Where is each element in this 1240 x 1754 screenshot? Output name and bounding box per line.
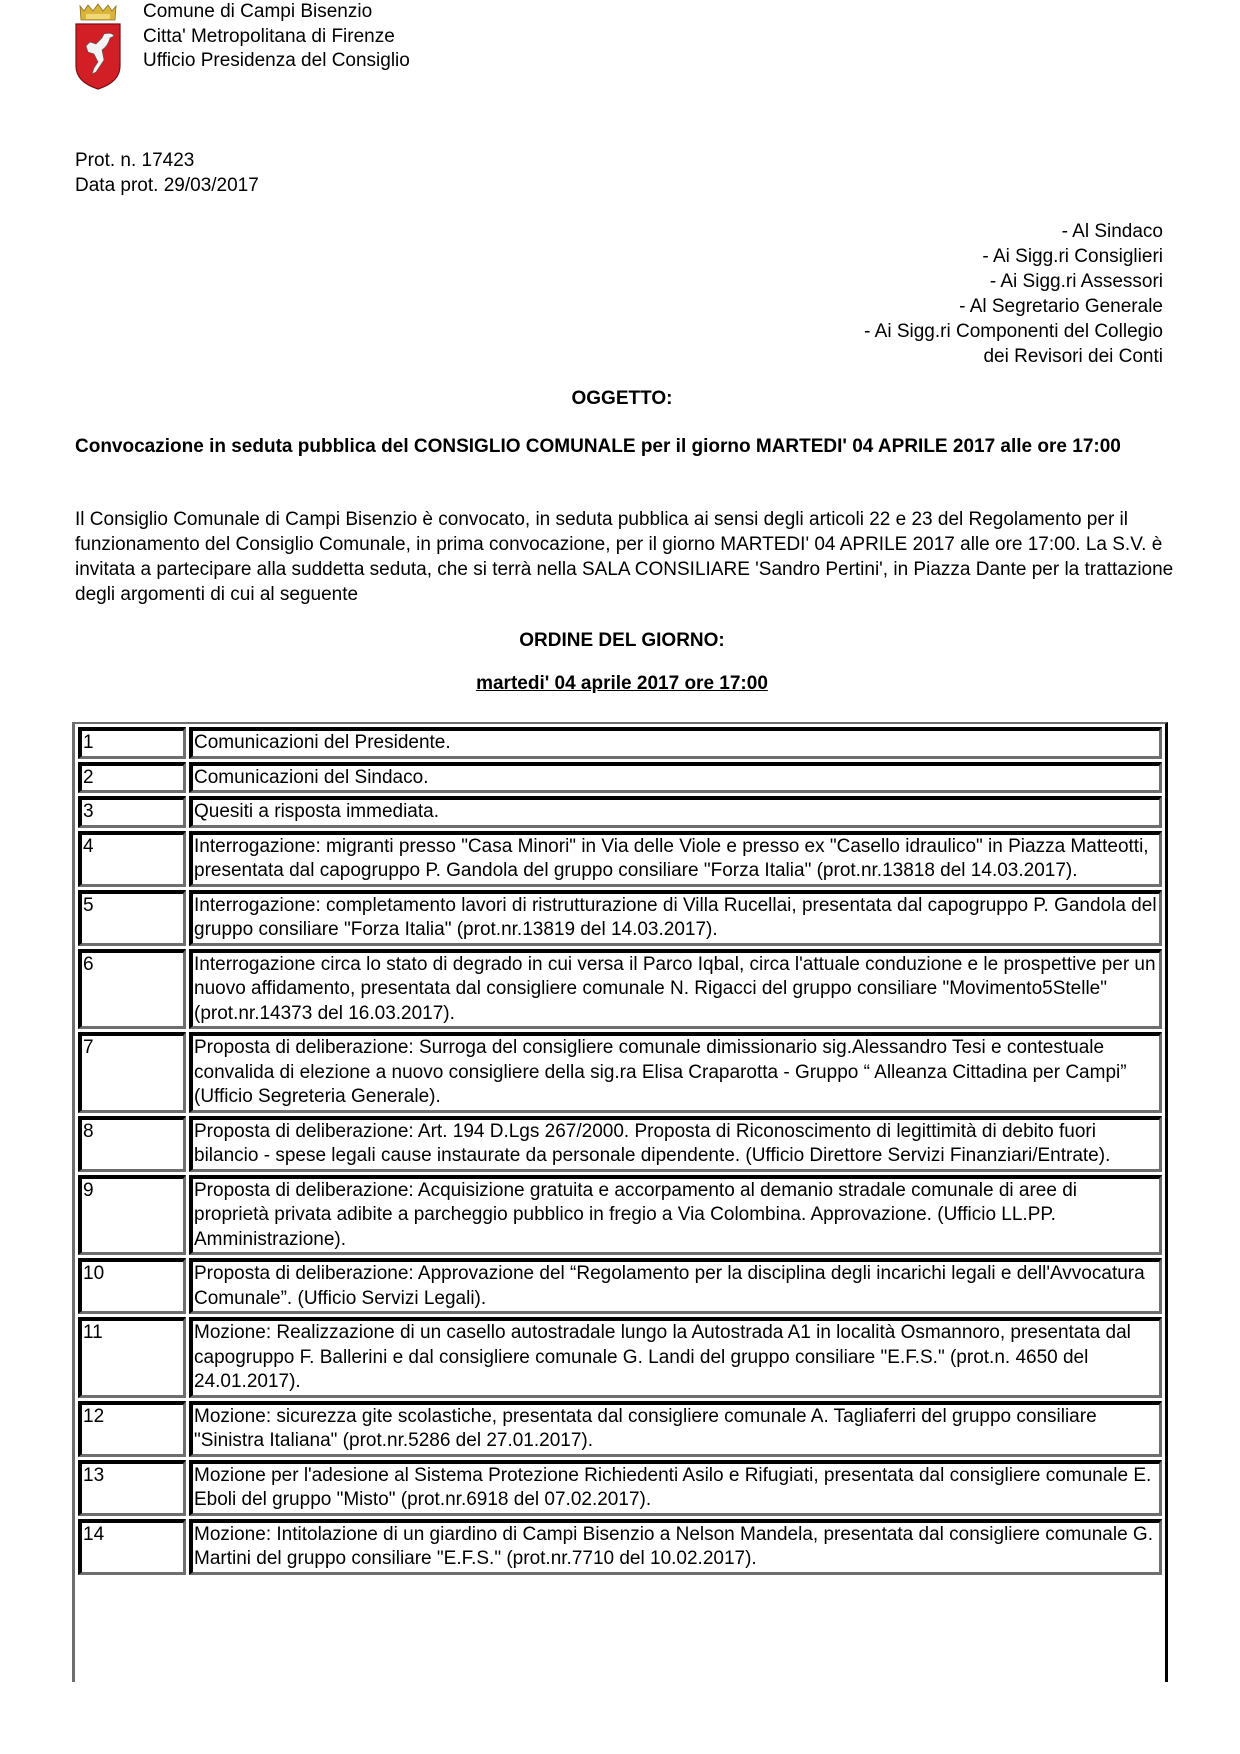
agenda-item-number: 4	[78, 831, 186, 887]
agenda-date: martedi' 04 aprile 2017 ore 17:00	[0, 673, 1240, 695]
agenda-item-number: 2	[78, 762, 186, 794]
agenda-item-number: 12	[78, 1401, 186, 1457]
agenda-item-text: Quesiti a risposta immediata.	[189, 796, 1162, 828]
agenda-item-number: 13	[78, 1460, 186, 1516]
agenda-item-text: Comunicazioni del Sindaco.	[189, 762, 1162, 794]
agenda-item-number: 3	[78, 796, 186, 828]
agenda-item-number: 7	[78, 1032, 186, 1113]
recipient: - Ai Sigg.ri Consiglieri	[864, 244, 1163, 269]
agenda-item-number: 10	[78, 1258, 186, 1314]
coat-of-arms-icon	[74, 2, 122, 90]
metropolitan-city: Citta' Metropolitana di Firenze	[143, 25, 410, 50]
protocol-number: Prot. n. 17423	[75, 148, 259, 173]
intro-paragraph: Il Consiglio Comunale di Campi Bisenzio …	[75, 507, 1175, 607]
table-row: 11Mozione: Realizzazione di un casello a…	[78, 1317, 1162, 1398]
table-row: 14Mozione: Intitolazione di un giardino …	[78, 1519, 1162, 1575]
recipient: dei Revisori dei Conti	[864, 344, 1163, 369]
agenda-item-number: 5	[78, 890, 186, 946]
agenda-item-text: Interrogazione circa lo stato di degrado…	[189, 949, 1162, 1030]
table-row: 13Mozione per l'adesione al Sistema Prot…	[78, 1460, 1162, 1516]
table-row: 12Mozione: sicurezza gite scolastiche, p…	[78, 1401, 1162, 1457]
recipients: - Al Sindaco - Ai Sigg.ri Consiglieri - …	[864, 219, 1163, 369]
recipient: - Ai Sigg.ri Assessori	[864, 269, 1163, 294]
agenda-item-number: 8	[78, 1116, 186, 1172]
agenda-item-number: 6	[78, 949, 186, 1030]
table-row: 6Interrogazione circa lo stato di degrad…	[78, 949, 1162, 1030]
table-row: 3Quesiti a risposta immediata.	[78, 796, 1162, 828]
agenda-item-text: Proposta di deliberazione: Surroga del c…	[189, 1032, 1162, 1113]
table-row: 5Interrogazione: completamento lavori di…	[78, 890, 1162, 946]
agenda-item-text: Proposta di deliberazione: Acquisizione …	[189, 1175, 1162, 1256]
recipient: - Ai Sigg.ri Componenti del Collegio	[864, 319, 1163, 344]
table-row: 9Proposta di deliberazione: Acquisizione…	[78, 1175, 1162, 1256]
agenda-item-text: Mozione: sicurezza gite scolastiche, pre…	[189, 1401, 1162, 1457]
oggetto-heading: OGGETTO:	[0, 388, 1240, 410]
agenda-item-text: Mozione: Realizzazione di un casello aut…	[189, 1317, 1162, 1398]
agenda-table: 1Comunicazioni del Presidente.2Comunicaz…	[72, 722, 1168, 1682]
agenda-item-text: Mozione per l'adesione al Sistema Protez…	[189, 1460, 1162, 1516]
recipient: - Al Sindaco	[864, 219, 1163, 244]
agenda-heading: ORDINE DEL GIORNO:	[0, 630, 1240, 652]
agenda-item-number: 14	[78, 1519, 186, 1575]
table-row: 10Proposta di deliberazione: Approvazion…	[78, 1258, 1162, 1314]
table-row: 8Proposta di deliberazione: Art. 194 D.L…	[78, 1116, 1162, 1172]
table-row: 4Interrogazione: migranti presso "Casa M…	[78, 831, 1162, 887]
agenda-item-number: 1	[78, 727, 186, 759]
table-row: 1Comunicazioni del Presidente.	[78, 727, 1162, 759]
agenda-item-text: Interrogazione: migranti presso "Casa Mi…	[189, 831, 1162, 887]
municipality-name: Comune di Campi Bisenzio	[143, 0, 410, 25]
office-header: Comune di Campi Bisenzio Citta' Metropol…	[143, 0, 410, 74]
recipient: - Al Segretario Generale	[864, 294, 1163, 319]
agenda-item-text: Comunicazioni del Presidente.	[189, 727, 1162, 759]
agenda-item-text: Proposta di deliberazione: Approvazione …	[189, 1258, 1162, 1314]
agenda-item-text: Proposta di deliberazione: Art. 194 D.Lg…	[189, 1116, 1162, 1172]
agenda-item-text: Mozione: Intitolazione di un giardino di…	[189, 1519, 1162, 1575]
protocol-date: Data prot. 29/03/2017	[75, 173, 259, 198]
agenda-item-text: Interrogazione: completamento lavori di …	[189, 890, 1162, 946]
protocol-info: Prot. n. 17423 Data prot. 29/03/2017	[75, 148, 259, 198]
subject: Convocazione in seduta pubblica del CONS…	[75, 435, 1170, 460]
table-row: 2Comunicazioni del Sindaco.	[78, 762, 1162, 794]
table-row: 7Proposta di deliberazione: Surroga del …	[78, 1032, 1162, 1113]
agenda-item-number: 11	[78, 1317, 186, 1398]
office-name: Ufficio Presidenza del Consiglio	[143, 49, 410, 74]
agenda-item-number: 9	[78, 1175, 186, 1256]
